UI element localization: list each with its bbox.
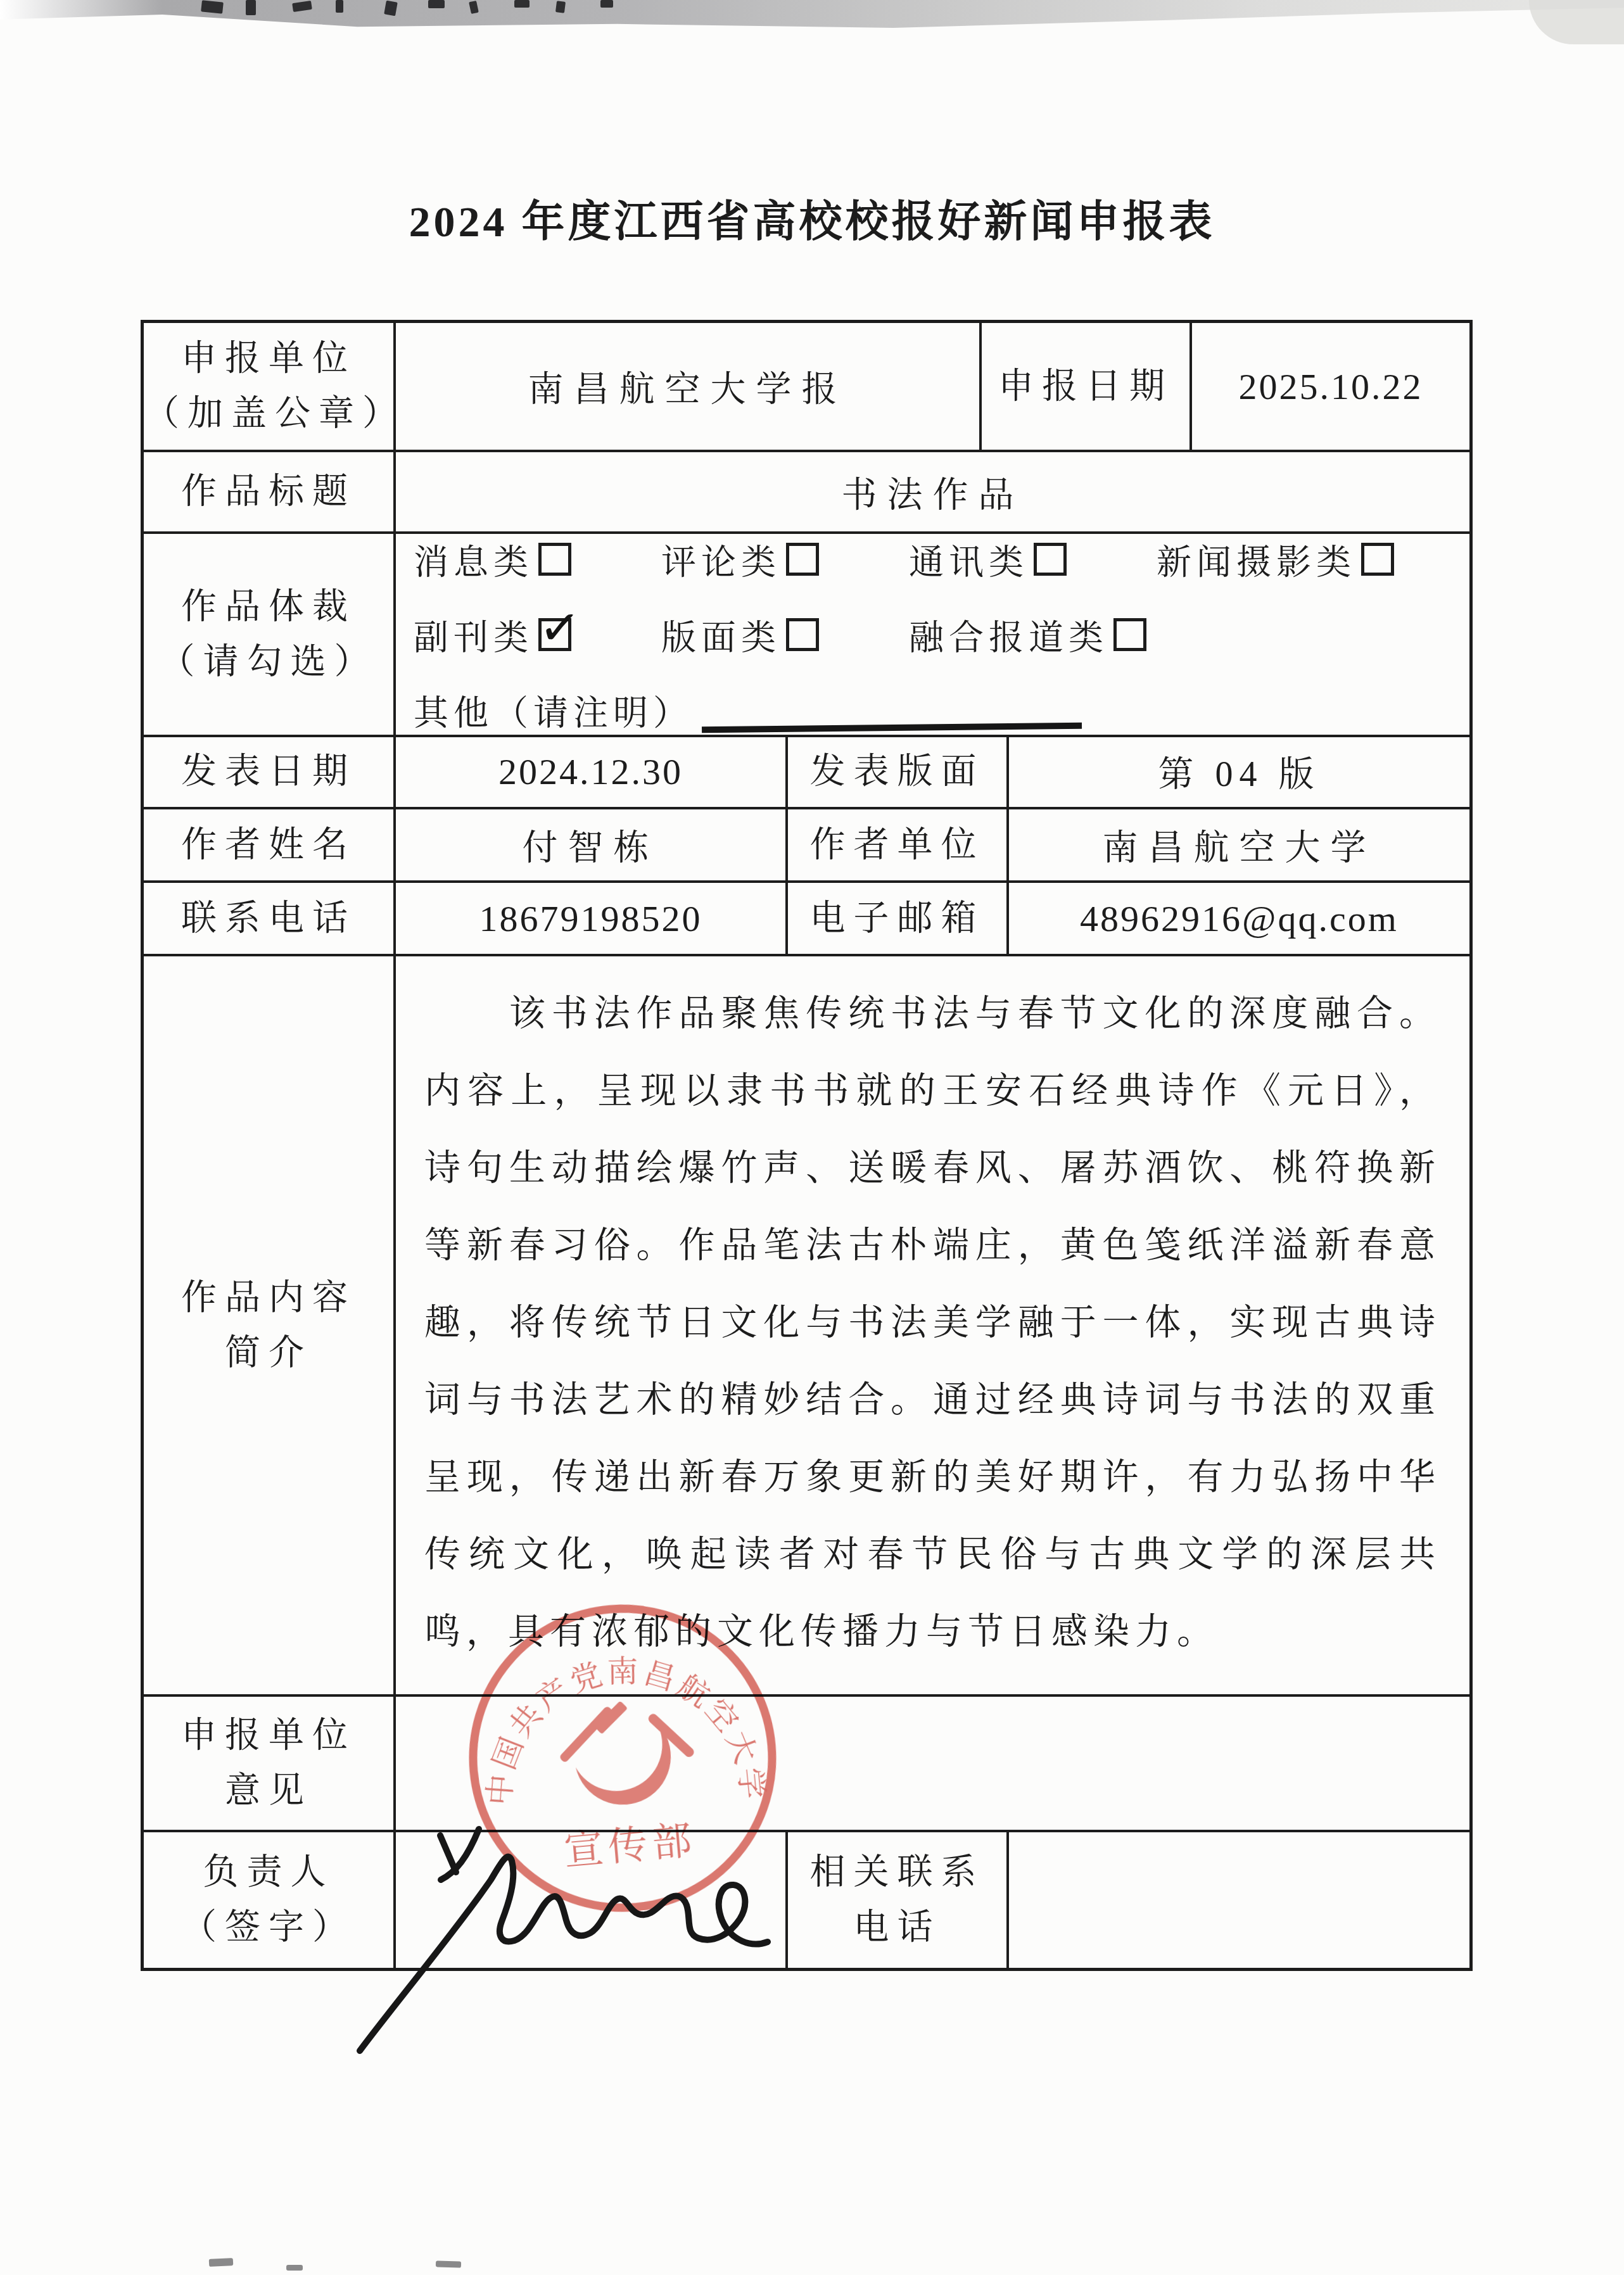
label-responsible-signature: 负责人 （签字） <box>144 1832 396 1968</box>
checkbox-commentary: ✓ <box>786 543 819 576</box>
scanned-form-page: 2024 年度江西省高校校报好新闻申报表 申报单位 （加盖公章） 南昌航空大学报… <box>0 0 1624 2275</box>
scan-fragment <box>436 2260 461 2267</box>
row-responsible: 负责人 （签字） 相关联系 电话 <box>144 1832 1469 1968</box>
scan-artifact-band <box>0 0 1624 28</box>
genre-line-1: 消息类✓ 评论类✓ 通讯类✓ 新闻摄影类✓ <box>414 534 1394 584</box>
row-work-title: 作品标题 书法作品 <box>144 452 1469 534</box>
label-publish-date: 发表日期 <box>144 736 396 809</box>
scan-fragment <box>514 0 530 8</box>
scan-fragment <box>286 2265 303 2271</box>
scan-fragment <box>600 0 613 8</box>
scan-corner-smudge <box>1529 0 1624 44</box>
genre-other-label: 其他（请注明） <box>414 685 693 735</box>
label-phone: 联系电话 <box>144 883 396 956</box>
scan-fragment <box>555 1 566 13</box>
option-integrated-report: 融合报道类✓ <box>909 609 1146 659</box>
label-author-unit: 作者单位 <box>788 809 1009 883</box>
genre-line-2: 副刊类✓ 版面类✓ 融合报道类✓ <box>414 609 1146 659</box>
option-layout: 版面类✓ <box>661 609 819 659</box>
genre-other-blank-line <box>702 718 1082 733</box>
scan-fragment <box>209 2258 234 2267</box>
option-commentary: 评论类✓ <box>661 534 819 584</box>
checkbox-layout: ✓ <box>786 618 819 651</box>
label-unit-opinion: 申报单位 意见 <box>144 1697 396 1832</box>
value-summary: 该书法作品聚焦传统书法与春节文化的深度融合。内容上，呈现以隶书书就的王安石经典诗… <box>396 956 1469 1697</box>
label-email: 电子邮箱 <box>788 883 1009 956</box>
label-genre: 作品体裁 （请勾选） <box>144 534 396 737</box>
value-publish-date: 2024.12.30 <box>396 736 788 809</box>
option-communication: 通讯类✓ <box>909 534 1067 584</box>
application-form-table: 申报单位 （加盖公章） 南昌航空大学报 申报日期 2025.10.22 作品标题… <box>141 320 1473 1971</box>
value-publish-page: 第 04 版 <box>1009 736 1469 809</box>
value-declare-date: 2025.10.22 <box>1192 323 1469 452</box>
value-declaring-unit: 南昌航空大学报 <box>396 323 982 452</box>
label-related-contact-phone: 相关联系 电话 <box>788 1832 1009 1968</box>
checkbox-news-photography: ✓ <box>1361 543 1394 576</box>
option-news: 消息类✓ <box>414 534 571 584</box>
scan-fragment <box>428 0 445 8</box>
row-summary: 作品内容 简介 该书法作品聚焦传统书法与春节文化的深度融合。内容上，呈现以隶书书… <box>144 956 1469 1697</box>
label-declaring-unit: 申报单位 （加盖公章） <box>144 323 396 452</box>
row-declaring-unit: 申报单位 （加盖公章） 南昌航空大学报 申报日期 2025.10.22 <box>144 323 1469 452</box>
option-supplement: 副刊类✓ <box>414 609 571 659</box>
row-publish-date: 发表日期 2024.12.30 发表版面 第 04 版 <box>144 736 1469 809</box>
checkbox-communication: ✓ <box>1034 543 1067 576</box>
scan-fragment <box>384 1 398 16</box>
value-phone: 18679198520 <box>396 883 788 956</box>
checkbox-supplement: ✓ <box>538 618 571 651</box>
value-work-title: 书法作品 <box>396 452 1469 534</box>
genre-other: 其他（请注明） <box>414 685 1082 735</box>
label-work-title: 作品标题 <box>144 452 396 534</box>
page-title: 2024 年度江西省高校校报好新闻申报表 <box>0 187 1624 249</box>
scan-fragment <box>201 0 224 13</box>
checkbox-integrated-report: ✓ <box>1113 618 1146 651</box>
scan-fragment <box>336 0 343 13</box>
genre-options: 消息类✓ 评论类✓ 通讯类✓ 新闻摄影类✓ 副刊类✓ 版面类✓ 融合报道类✓ 其… <box>396 534 1469 737</box>
scan-fragment <box>246 0 256 15</box>
value-related-contact-phone <box>1009 1832 1469 1968</box>
value-author-unit: 南昌航空大学 <box>1009 809 1469 883</box>
label-declare-date: 申报日期 <box>982 323 1192 452</box>
option-news-photography: 新闻摄影类✓ <box>1157 534 1394 584</box>
label-publish-page: 发表版面 <box>788 736 1009 809</box>
row-author: 作者姓名 付智栋 作者单位 南昌航空大学 <box>144 809 1469 883</box>
value-author-name: 付智栋 <box>396 809 788 883</box>
row-unit-opinion: 申报单位 意见 <box>144 1697 1469 1832</box>
signature-cell <box>396 1832 788 1968</box>
check-icon: ✓ <box>537 598 587 658</box>
value-email: 48962916@qq.com <box>1009 883 1469 956</box>
row-contact-info: 联系电话 18679198520 电子邮箱 48962916@qq.com <box>144 883 1469 956</box>
label-author-name: 作者姓名 <box>144 809 396 883</box>
label-summary: 作品内容 简介 <box>144 956 396 1697</box>
row-genre: 作品体裁 （请勾选） 消息类✓ 评论类✓ 通讯类✓ 新闻摄影类✓ 副刊类✓ 版面… <box>144 534 1469 736</box>
checkbox-news: ✓ <box>538 543 571 576</box>
value-unit-opinion <box>396 1697 1469 1832</box>
